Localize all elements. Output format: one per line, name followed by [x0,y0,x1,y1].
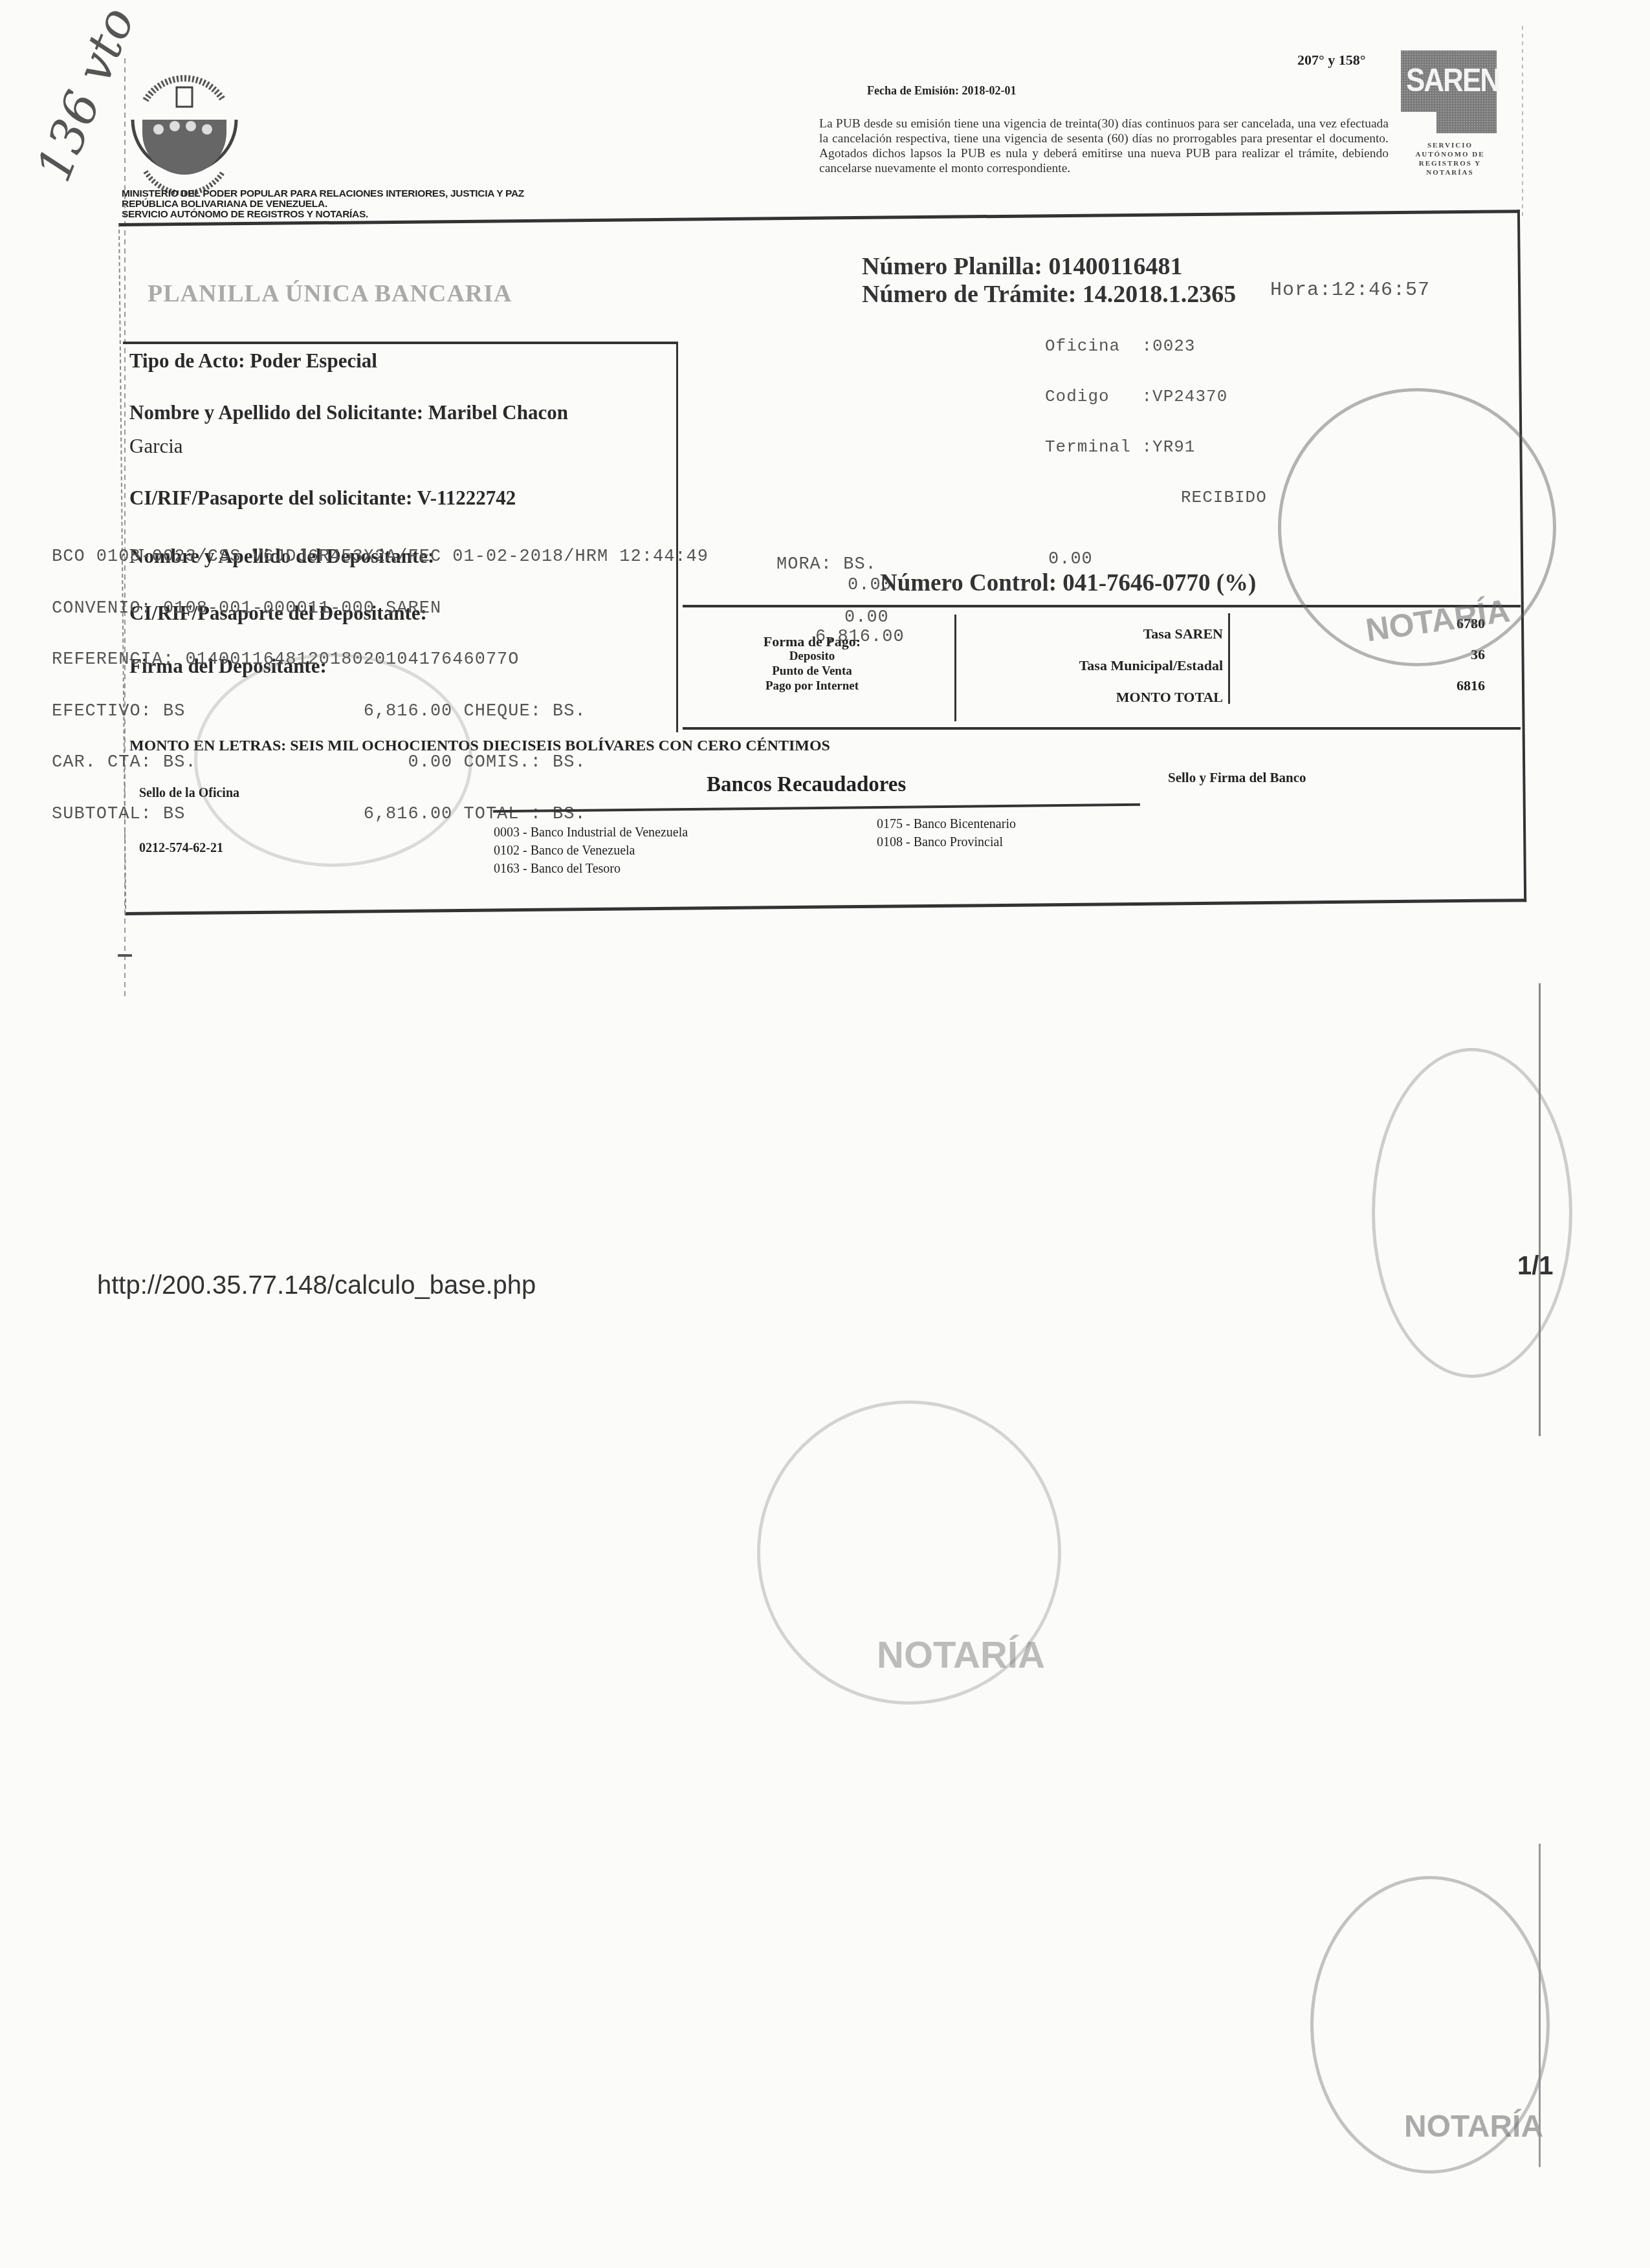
control-number: Número Control: 041-7646-0770 (%) [880,569,1256,597]
ministry-line: SERVICIO AUTÓNOMO DE REGISTROS Y NOTARÍA… [122,210,524,220]
stamp-text: NOTARÍA [877,1633,1045,1677]
payment-option: Punto de Venta [741,664,883,679]
saren-logo-word: SAREN [1406,62,1499,100]
receipt-line: CONVENIO: 0108-001-000011-000 SAREN [52,600,709,618]
fees-labels: Tasa SAREN Tasa Municipal/Estadal MONTO … [996,618,1223,713]
banks-list: 0175 - Banco Bicentenario 0108 - Banco P… [877,815,1016,851]
edge-line [1539,1844,1541,2167]
bank-seal-label: Sello y Firma del Banco [1168,770,1306,786]
payment-option: Deposito [741,649,883,664]
receipt-office: Oficina :0023 [1045,338,1267,354]
divider [954,615,956,721]
fee-value: 6816 [1424,670,1485,701]
notary-stamp-faint: NOTARÍA [757,1401,1061,1705]
margin-mark [118,954,132,957]
office-stamp [194,653,472,867]
issue-date: Fecha de Emisión: 2018-02-01 [867,84,1016,98]
stamp-text: NOTARÍA [1363,592,1512,649]
applicant-name: Nombre y Apellido del Solicitante: Marib… [129,401,568,424]
fee-label: Tasa SAREN [996,618,1223,649]
bank-item: 0108 - Banco Provincial [877,833,1016,851]
divider [1228,613,1230,704]
notary-stamp-faint [1372,1048,1572,1378]
source-url: http://200.35.77.148/calculo_base.php [97,1271,536,1300]
ministry-line: REPÚBLICA BOLIVARIANA DE VENEZUELA. [122,199,524,210]
edge-line [1522,26,1523,220]
receipt-line: BCO 0108-0023/CSS V6JDJ6R453X2A/FEC 01-0… [52,549,709,566]
receipt-mora: MORA: BS. [776,556,877,573]
years-label: 207° y 158° [1297,52,1366,69]
fee-label: MONTO TOTAL [996,681,1223,713]
saren-logo: SAREN [1401,50,1497,133]
saren-logo-caption: SERVICIO AUTÓNOMO DE REGISTROS Y NOTARÍA… [1403,141,1497,177]
receipt-header: Oficina :0023 Codigo :VP24370 Terminal :… [1045,304,1267,523]
office-phone: 0212-574-62-21 [139,841,223,856]
form-title: PLANILLA ÚNICA BANCARIA [148,279,512,308]
bank-item: 0003 - Banco Industrial de Venezuela [494,823,688,842]
ministry-line: MINISTERIO DEL PODER POPULAR PARA RELACI… [122,189,524,199]
receipt-code: Codigo :VP24370 [1045,388,1267,405]
receipt-status: RECIBIDO [1045,489,1267,506]
planilla-number: Número Planilla: 01400116481 [862,252,1182,281]
applicant-id: CI/RIF/Pasaporte del solicitante: V-1122… [129,486,516,510]
bank-item: 0163 - Banco del Tesoro [494,860,688,878]
edge-line [1539,983,1541,1436]
receipt-time: Hora:12:46:57 [1270,279,1430,301]
bank-item: 0102 - Banco de Venezuela [494,842,688,860]
page-count: 1/1 [1517,1252,1554,1281]
collecting-banks-heading: Bancos Recaudadores [707,773,906,797]
ministry-header: MINISTERIO DEL PODER POPULAR PARA RELACI… [122,189,524,220]
notary-stamp: NOTARÍA [1278,388,1556,666]
payment-method-label: Forma de Pago: [741,634,883,649]
validity-notice: La PUB desde su emisión tiene una vigenc… [819,116,1389,176]
applicant-name-cont: Garcia [129,435,183,458]
receipt-value: 0.00 [1048,550,1093,569]
bank-item: 0175 - Banco Bicentenario [877,815,1016,833]
fee-label: Tasa Municipal/Estadal [996,649,1223,681]
ministry-seal-icon [120,61,249,197]
notary-stamp-faint: NOTARÍA [1310,1876,1550,2174]
payment-option: Pago por Internet [741,679,883,693]
banks-list: 0003 - Banco Industrial de Venezuela 010… [494,823,688,878]
receipt-terminal: Terminal :YR91 [1045,439,1267,455]
payment-method: Forma de Pago: Deposito Punto de Venta P… [741,634,883,693]
stamp-text: NOTARÍA [1404,2109,1543,2144]
act-type: Tipo de Acto: Poder Especial [129,349,377,373]
